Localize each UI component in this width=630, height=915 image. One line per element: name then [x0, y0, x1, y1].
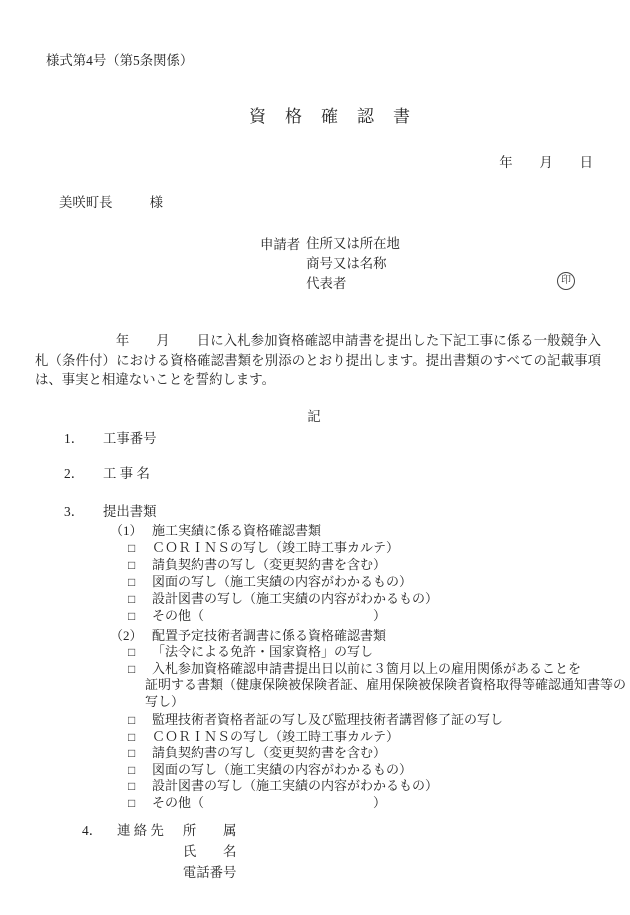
checklist-item: □監理技術者資格者証の写し及び監理技術者講習修了証の写し — [0, 712, 630, 729]
checkbox-icon[interactable]: □ — [128, 608, 152, 625]
subsection-title: 配置予定技術者調書に係る資格確認書類 — [152, 628, 386, 643]
checklist-item-label: ＣＯＲＩＮＳの写し（竣工時工事カルテ） — [152, 540, 399, 555]
checkbox-icon[interactable]: □ — [128, 778, 152, 795]
checklist-item-continuation: 写し） — [0, 694, 630, 711]
applicant-representative-label: 代表者 — [306, 274, 400, 294]
checklist-item-label: 図面の写し（施工実績の内容がわかるもの） — [152, 574, 412, 589]
checkbox-icon[interactable]: □ — [128, 540, 152, 557]
checklist-item: □請負契約書の写し（変更契約書を含む） — [0, 745, 630, 762]
item-number: 4． — [82, 820, 117, 841]
checkbox-icon[interactable]: □ — [128, 574, 152, 591]
item-submission-documents: 3．提出書類 — [64, 501, 157, 520]
applicant-label: 申請者 — [260, 234, 300, 253]
checklist-item-label: 写し） — [145, 694, 184, 709]
checklist-item: □図面の写し（施工実績の内容がわかるもの） — [0, 762, 630, 779]
subsection-title: 施工実績に係る資格確認書類 — [152, 523, 321, 538]
checklist-item-label: 「法令による免許・国家資格」の写し — [152, 644, 373, 659]
item-label: 工 事 名 — [103, 466, 150, 481]
checklist-item-other: □その他（ ） — [0, 795, 630, 812]
checkbox-icon[interactable]: □ — [128, 762, 152, 779]
item-number: 2． — [64, 463, 103, 482]
checklist-item: □「法令による免許・国家資格」の写し — [0, 644, 630, 661]
seal-icon: 印 — [557, 272, 575, 290]
submission-checklist: （1）施工実績に係る資格確認書類 □ＣＯＲＩＮＳの写し（竣工時工事カルテ） □請… — [0, 522, 630, 811]
checkbox-icon[interactable]: □ — [128, 644, 152, 661]
checklist-item-label: 証明する書類（健康保険被保険者証、雇用保険被保険者資格取得等確認通知書等の — [145, 677, 626, 692]
item-construction-name: 2．工 事 名 — [64, 463, 150, 482]
checkbox-icon[interactable]: □ — [128, 712, 152, 729]
item-label: 提出書類 — [103, 504, 157, 519]
checklist-item: □設計図書の写し（施工実績の内容がわかるもの） — [0, 778, 630, 795]
applicant-block: 申請者 住所又は所在地 商号又は名称 代表者 — [260, 234, 400, 294]
contact-department-label: 所 属 — [183, 820, 237, 841]
item-label: 工事番号 — [103, 431, 157, 446]
checkbox-icon[interactable]: □ — [128, 591, 152, 608]
applicant-address-label: 住所又は所在地 — [306, 234, 400, 254]
item-label: 連 絡 先 — [117, 820, 164, 841]
contact-block: 4． 連 絡 先 所 属 氏 名 電話番号 — [82, 820, 236, 883]
checklist-item: □請負契約書の写し（変更契約書を含む） — [0, 556, 630, 573]
applicant-fields: 住所又は所在地 商号又は名称 代表者 — [306, 234, 400, 294]
checklist-item: □図面の写し（施工実績の内容がわかるもの） — [0, 573, 630, 590]
subsection-2-heading: （2）配置予定技術者調書に係る資格確認書類 — [0, 627, 630, 644]
checklist-item: □ＣＯＲＩＮＳの写し（竣工時工事カルテ） — [0, 729, 630, 746]
checklist-item-label: ＣＯＲＩＮＳの写し（竣工時工事カルテ） — [152, 729, 399, 744]
checklist-item-label: その他（ ） — [152, 795, 386, 810]
date-line: 年 月 日 — [499, 152, 593, 171]
contact-fields: 所 属 氏 名 電話番号 — [183, 820, 237, 883]
checkbox-icon[interactable]: □ — [128, 745, 152, 762]
checklist-item: □ＣＯＲＩＮＳの写し（竣工時工事カルテ） — [0, 539, 630, 556]
checklist-item-label: 請負契約書の写し（変更契約書を含む） — [152, 745, 386, 760]
checkbox-icon[interactable]: □ — [128, 795, 152, 812]
document-page: 様式第4号（第5条関係） 資 格 確 認 書 年 月 日 美咲町長様 申請者 住… — [0, 0, 630, 915]
subsection-number: （2） — [110, 627, 152, 644]
contact-name-label: 氏 名 — [183, 841, 237, 862]
addressee-name: 美咲町長 — [59, 195, 113, 210]
checklist-item-label: 監理技術者資格者証の写し及び監理技術者講習修了証の写し — [152, 712, 503, 727]
checklist-item-label: 入札参加資格確認申請書提出日以前に３箇月以上の雇用関係があることを — [152, 661, 581, 676]
contact-phone-label: 電話番号 — [183, 862, 237, 883]
checklist-item: □設計図書の写し（施工実績の内容がわかるもの） — [0, 590, 630, 607]
page-title: 資 格 確 認 書 — [0, 102, 630, 127]
subsection-2-items: □「法令による免許・国家資格」の写し □入札参加資格確認申請書提出日以前に３箇月… — [0, 644, 630, 811]
checklist-item-employment: □入札参加資格確認申請書提出日以前に３箇月以上の雇用関係があることを — [0, 661, 630, 678]
checklist-item-label: 設計図書の写し（施工実績の内容がわかるもの） — [152, 778, 438, 793]
form-number: 様式第4号（第5条関係） — [46, 50, 193, 69]
checklist-item-label: その他（ ） — [152, 608, 386, 623]
checklist-item-label: 請負契約書の写し（変更契約書を含む） — [152, 557, 386, 572]
subsection-1-heading: （1）施工実績に係る資格確認書類 — [0, 522, 630, 539]
checkbox-icon[interactable]: □ — [128, 661, 152, 678]
record-marker: 記 — [0, 406, 630, 425]
addressee-line: 美咲町長様 — [59, 192, 163, 211]
checklist-item-other: □その他（ ） — [0, 607, 630, 624]
checkbox-icon[interactable]: □ — [128, 729, 152, 746]
pledge-paragraph: 年 月 日に入札参加資格確認申請書を提出した下記工事に係る一般競争入札（条件付）… — [35, 331, 601, 390]
item-construction-number: 1．工事番号 — [64, 428, 157, 447]
addressee-honorific: 様 — [150, 195, 163, 210]
item-number: 1． — [64, 428, 103, 447]
item-number: 3． — [64, 501, 103, 520]
subsection-number: （1） — [110, 522, 152, 539]
checklist-item-continuation: 証明する書類（健康保険被保険者証、雇用保険被保険者資格取得等確認通知書等の — [0, 677, 630, 694]
checkbox-icon[interactable]: □ — [128, 557, 152, 574]
applicant-company-label: 商号又は名称 — [306, 254, 400, 274]
checklist-item-label: 図面の写し（施工実績の内容がわかるもの） — [152, 762, 412, 777]
checklist-item-label: 設計図書の写し（施工実績の内容がわかるもの） — [152, 591, 438, 606]
